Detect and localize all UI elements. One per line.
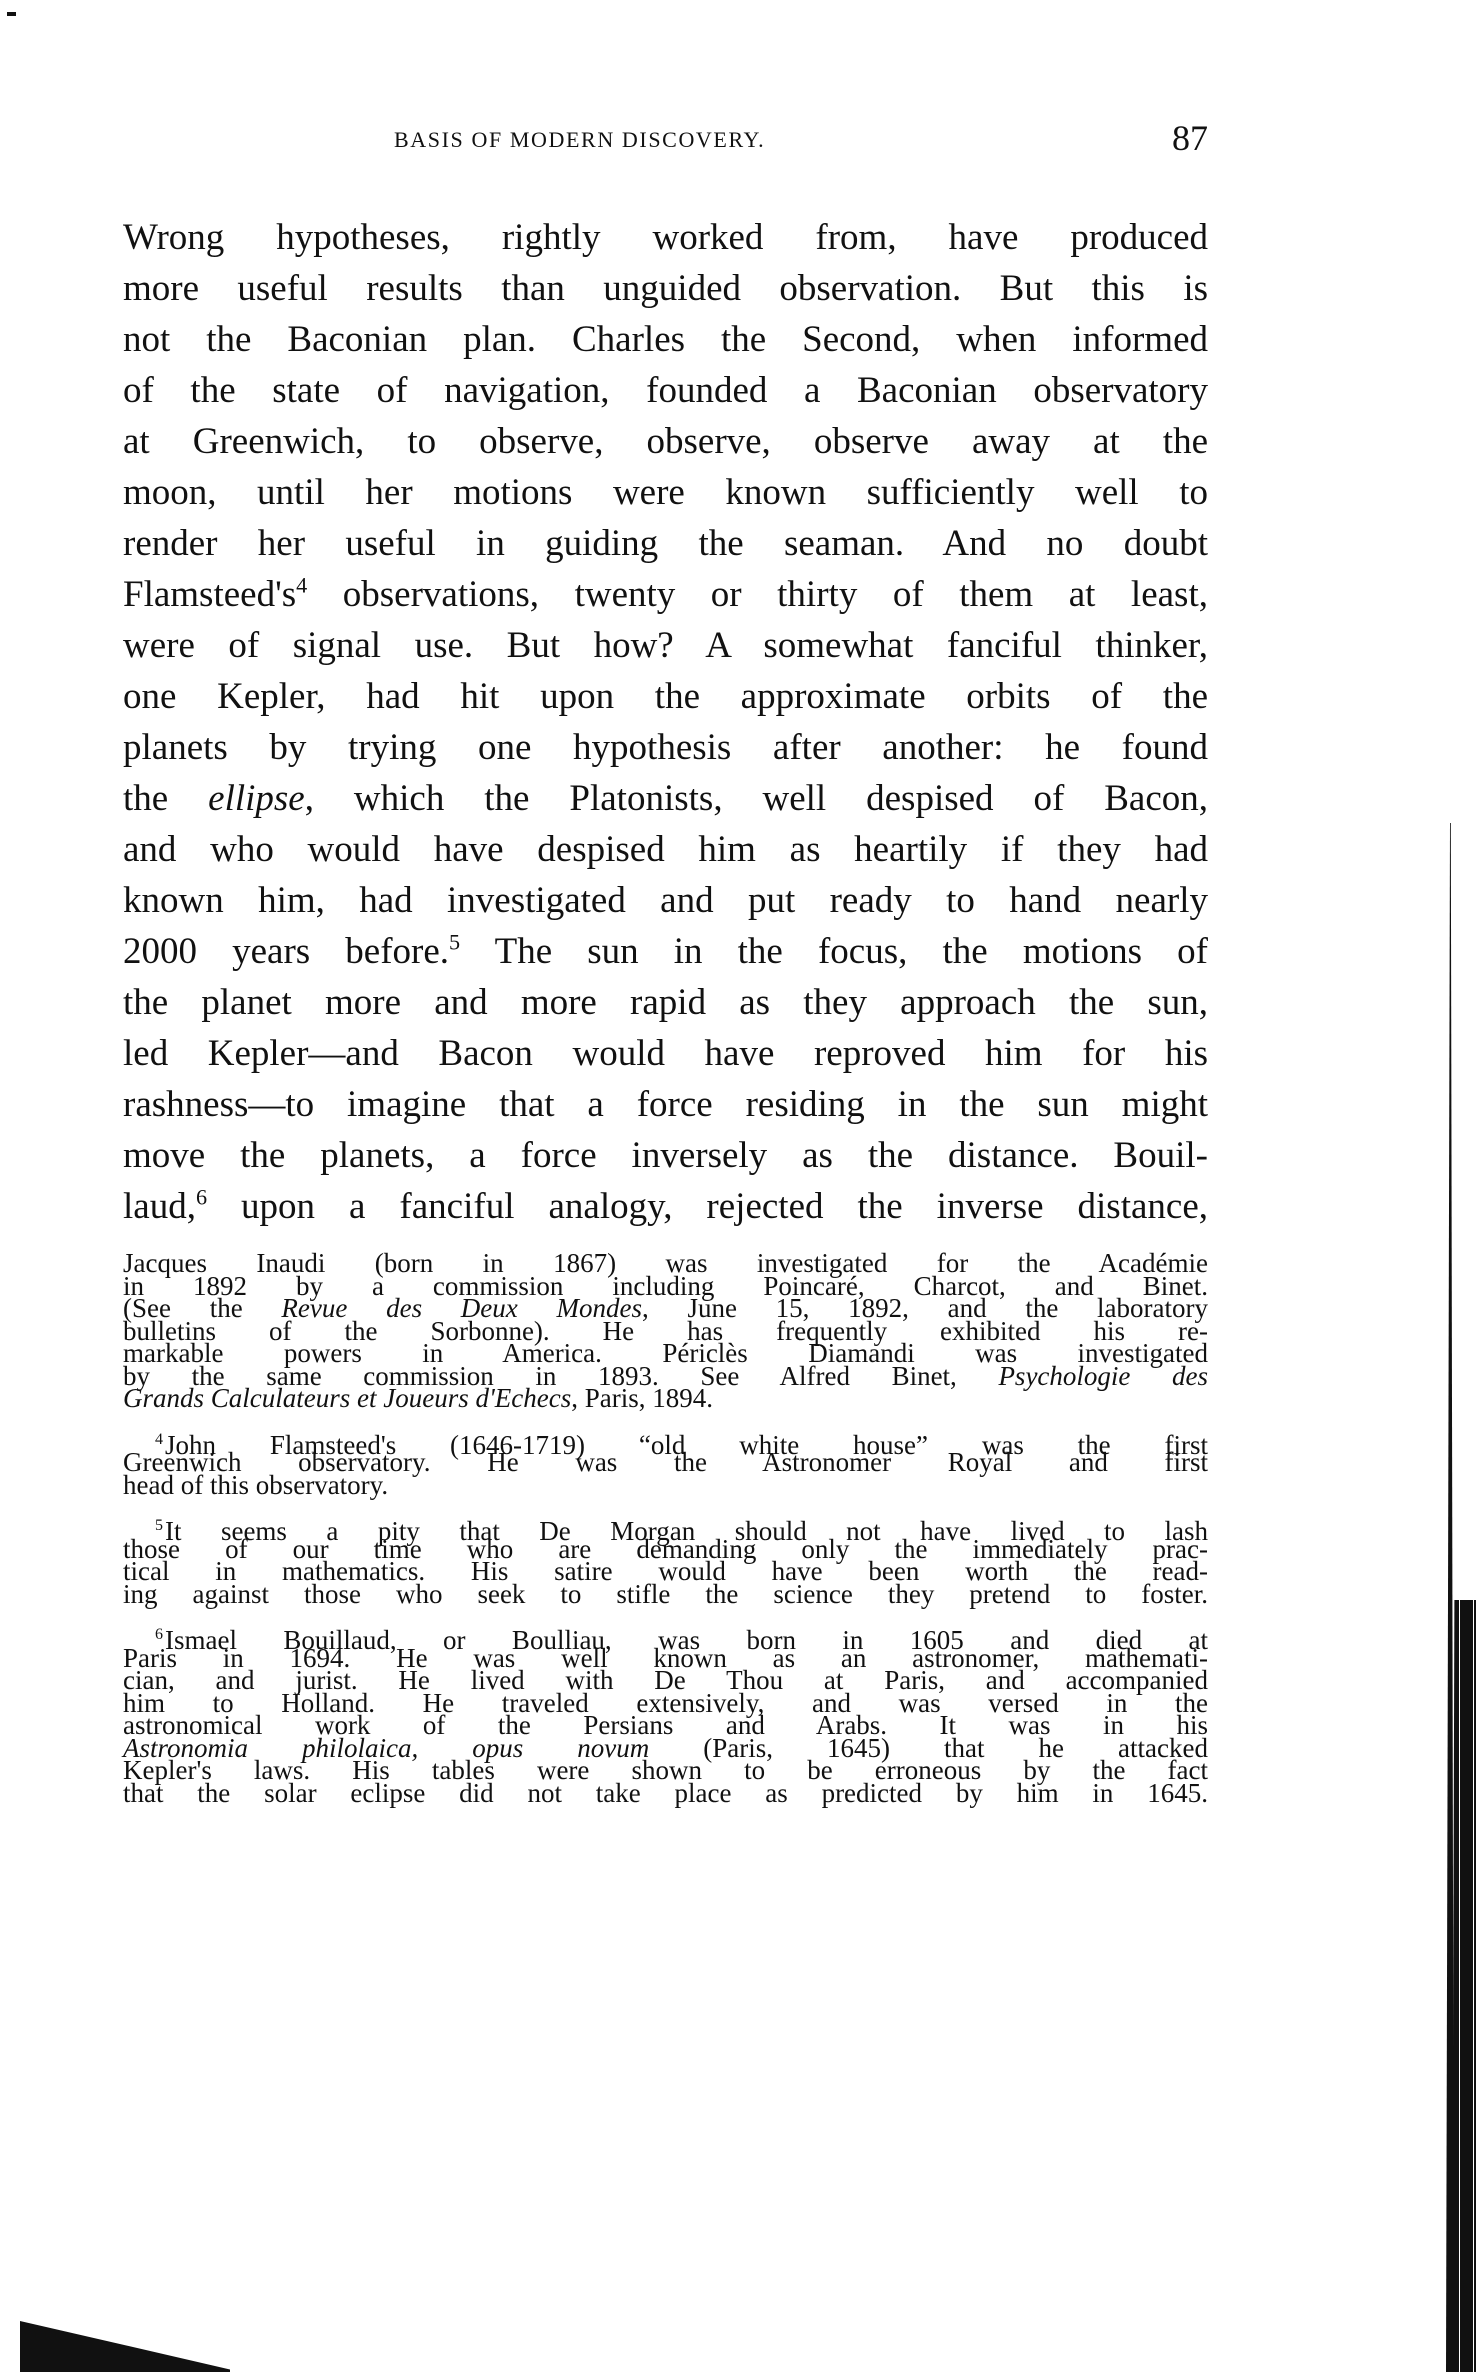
- footnote-line: that the solar eclipse did not take plac…: [123, 1782, 1208, 1805]
- footnote-marker: 6: [155, 1626, 163, 1643]
- body-line: the ellipse, which the Platonists, well …: [123, 773, 1208, 824]
- body-line: planets by trying one hypothesis after a…: [123, 722, 1208, 773]
- body-text-run: Flamsteed's: [123, 574, 296, 615]
- body-line: and who would have despised him as heart…: [123, 824, 1208, 875]
- body-text-run: the: [123, 778, 208, 819]
- body-line: more useful results than unguided observ…: [123, 263, 1208, 314]
- emphasis-ellipse: ellipse: [208, 778, 305, 819]
- body-text-run: 2000 years before.: [123, 931, 449, 972]
- body-line: one Kepler, had hit upon the approximate…: [123, 671, 1208, 722]
- scan-page-edge-thick: [1452, 1600, 1476, 2372]
- body-text-run: laud,: [123, 1186, 196, 1227]
- body-line: 2000 years before.5 The sun in the focus…: [123, 926, 1208, 977]
- footnote-text-run: , Paris, 1894.: [571, 1383, 713, 1413]
- footnote-ref-5[interactable]: 5: [449, 930, 460, 955]
- page-number: 87: [1172, 117, 1208, 159]
- title-psychologie: Psychologie des: [998, 1361, 1208, 1391]
- footnote-ref-6[interactable]: 6: [196, 1185, 207, 1210]
- body-line: at Greenwich, to observe, observe, obser…: [123, 416, 1208, 467]
- body-line: moon, until her motions were known suffi…: [123, 467, 1208, 518]
- body-line: of the state of navigation, founded a Ba…: [123, 365, 1208, 416]
- body-line: not the Baconian plan. Charles the Secon…: [123, 314, 1208, 365]
- body-text-run: , which the Platonists, well despised of…: [305, 778, 1208, 819]
- body-line: known him, had investigated and put read…: [123, 875, 1208, 926]
- body-line: Wrong hypotheses, rightly worked from, h…: [123, 212, 1208, 263]
- body-text-run: observations, twenty or thirty of them a…: [307, 574, 1208, 615]
- body-text: Wrong hypotheses, rightly worked from, h…: [123, 212, 1208, 1232]
- footnote-5: 5It seems a pity that De Morgan should n…: [123, 1515, 1208, 1605]
- footnotes: Jacques Inaudi (born in 1867) was invest…: [123, 1252, 1208, 1823]
- body-line: move the planets, a force inversely as t…: [123, 1130, 1208, 1181]
- body-line: were of signal use. But how? A somewhat …: [123, 620, 1208, 671]
- body-line: rashness—to imagine that a force residin…: [123, 1079, 1208, 1130]
- footnote-marker: 4: [155, 1431, 163, 1448]
- body-line: led Kepler—and Bacon would have reproved…: [123, 1028, 1208, 1079]
- footnote-ref-4[interactable]: 4: [296, 573, 307, 598]
- footnote-4: 4John Flamsteed's (1646-1719) “old white…: [123, 1429, 1208, 1497]
- running-title: BASIS OF MODERN DISCOVERY.: [394, 127, 765, 153]
- footnote-6: 6Ismael Bouillaud, or Boulliau, was born…: [123, 1624, 1208, 1804]
- body-line: render her useful in guiding the seaman.…: [123, 518, 1208, 569]
- footnote-3-continued: Jacques Inaudi (born in 1867) was invest…: [123, 1252, 1208, 1410]
- body-line: Flamsteed's4 observations, twenty or thi…: [123, 569, 1208, 620]
- scan-corner-mark: [7, 12, 16, 16]
- footnote-line: ing against those who seek to stifle the…: [123, 1583, 1208, 1606]
- title-grands-calculateurs: Grands Calculateurs et Joueurs d'Echecs: [123, 1383, 571, 1413]
- body-text-run: upon a fanciful analogy, rejected the in…: [207, 1186, 1208, 1227]
- scan-bottom-shadow: [20, 2321, 230, 2372]
- body-line: laud,6 upon a fanciful analogy, rejected…: [123, 1181, 1208, 1232]
- footnote-marker: 5: [155, 1517, 163, 1534]
- running-head: BASIS OF MODERN DISCOVERY. 87: [120, 121, 1208, 161]
- body-text-run: The sun in the focus, the motions of: [460, 931, 1208, 972]
- body-line: the planet more and more rapid as they a…: [123, 977, 1208, 1028]
